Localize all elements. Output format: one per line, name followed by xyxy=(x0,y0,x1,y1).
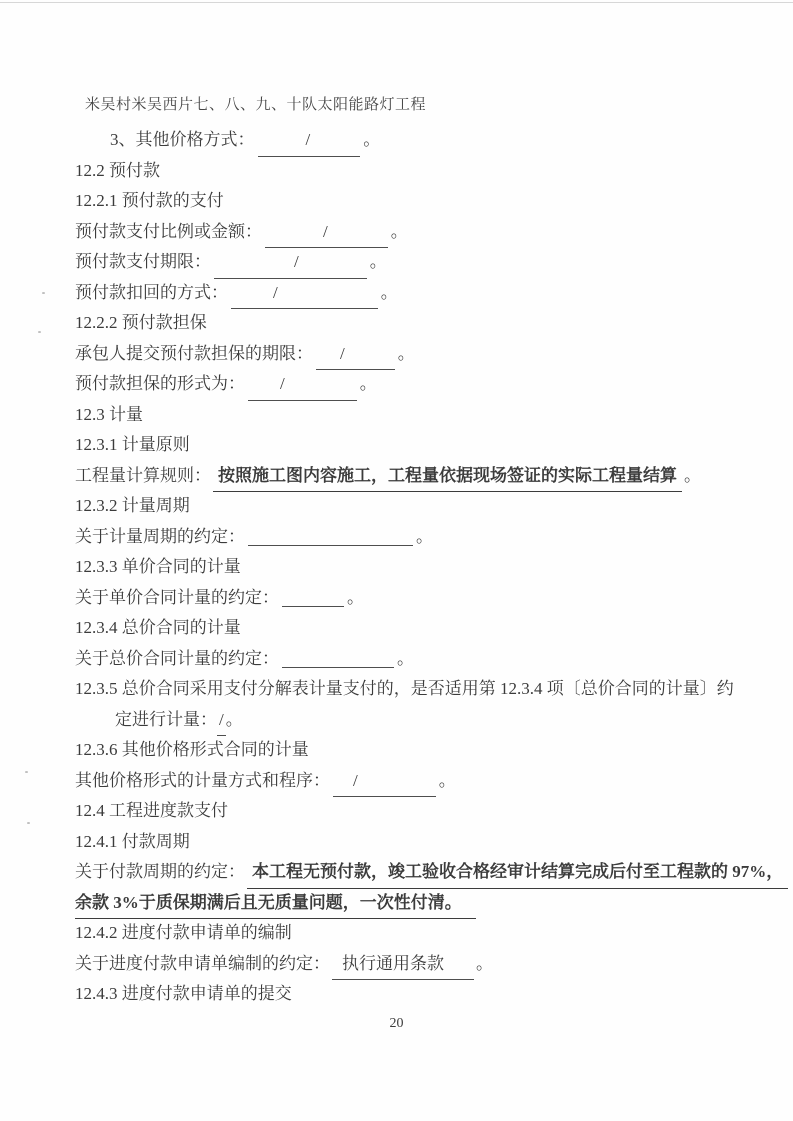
field-pay-cycle-line2: 余款 3%于质保期满后且无质量问题，一次性付清。 xyxy=(75,888,735,919)
heading-12-2-2: 12.2.2 预付款担保 xyxy=(75,308,735,339)
period: 。 xyxy=(381,283,398,302)
field-label: 关于进度付款申请单编制的约定： xyxy=(75,954,330,973)
field-label: 定进行计量： xyxy=(115,710,217,729)
field-label: 关于单价合同计量的约定： xyxy=(75,588,279,607)
period: 。 xyxy=(363,130,380,149)
page-number: 20 xyxy=(0,1016,793,1032)
field-label: 关于总价合同计量的约定： xyxy=(75,649,279,668)
field-label: 关于计量周期的约定： xyxy=(75,527,245,546)
blank-field: / xyxy=(214,247,367,279)
scan-speck xyxy=(25,771,28,773)
field-label: 预付款支付比例或金额： xyxy=(75,222,262,241)
field-lump-sum: 关于总价合同计量的约定：。 xyxy=(75,644,735,675)
blank-field xyxy=(282,589,344,607)
period: 。 xyxy=(360,374,377,393)
period: 。 xyxy=(684,466,701,485)
page-header: 米吴村米吴西片七、八、九、十队太阳能路灯工程 xyxy=(85,93,426,114)
period: 。 xyxy=(347,588,364,607)
field-label: 关于付款周期的约定： xyxy=(75,862,245,881)
blank-field xyxy=(248,528,413,546)
field-prepay-ratio: 预付款支付比例或金额：/。 xyxy=(75,217,735,248)
field-other-form: 其他价格形式的计量方式和程序：/。 xyxy=(75,766,735,797)
field-guarantee-term: 承包人提交预付款担保的期限：/。 xyxy=(75,339,735,370)
clause-12-3-5-line1: 12.3.5 总价合同采用支付分解表计量支付的，是否适用第 12.3.4 项〔总… xyxy=(75,674,735,705)
period: 。 xyxy=(370,252,387,271)
clause-12-3-5-line2: 定进行计量：/。 xyxy=(75,705,735,736)
heading-12-3-1: 12.3.1 计量原则 xyxy=(75,430,735,461)
filled-value: 本工程无预付款，竣工验收合格经审计结算完成后付至工程款的 97%， xyxy=(247,857,788,889)
heading-12-3-2: 12.3.2 计量周期 xyxy=(75,491,735,522)
field-prepay-refund: 预付款扣回的方式：/。 xyxy=(75,278,735,309)
blank-field: / xyxy=(333,766,436,798)
heading-12-2-1: 12.2.1 预付款的支付 xyxy=(75,186,735,217)
filled-value: 按照施工图内容施工，工程量依据现场签证的实际工程量结算 xyxy=(213,461,682,493)
heading-12-3: 12.3 计量 xyxy=(75,400,735,431)
period: 。 xyxy=(476,954,493,973)
period: 。 xyxy=(398,344,415,363)
heading-12-2: 12.2 预付款 xyxy=(75,156,735,187)
period: 。 xyxy=(397,649,414,668)
field-prepay-term: 预付款支付期限：/。 xyxy=(75,247,735,278)
period: 。 xyxy=(439,771,456,790)
blank-field xyxy=(282,650,394,668)
contract-body: 3、其他价格方式：/。 12.2 预付款 12.2.1 预付款的支付 预付款支付… xyxy=(75,125,735,1010)
blank-field: / xyxy=(248,369,357,401)
heading-12-4-3: 12.4.3 进度付款申请单的提交 xyxy=(75,979,735,1010)
field-label: 3、其他价格方式： xyxy=(110,130,255,149)
field-label: 预付款扣回的方式： xyxy=(75,283,228,302)
field-guarantee-form: 预付款担保的形式为：/。 xyxy=(75,369,735,400)
field-measure-cycle: 关于计量周期的约定：。 xyxy=(75,522,735,553)
field-pay-cycle-line1: 关于付款周期的约定：本工程无预付款，竣工验收合格经审计结算完成后付至工程款的 9… xyxy=(75,857,735,888)
scan-speck xyxy=(42,292,45,294)
heading-12-4-2: 12.4.2 进度付款申请单的编制 xyxy=(75,918,735,949)
filled-value: 执行通用条款 xyxy=(332,949,474,981)
period: 。 xyxy=(226,710,243,729)
field-label: 其他价格形式的计量方式和程序： xyxy=(75,771,330,790)
scan-edge-line xyxy=(0,2,793,3)
heading-12-3-3: 12.3.3 单价合同的计量 xyxy=(75,552,735,583)
field-label: 预付款担保的形式为： xyxy=(75,374,245,393)
period: 。 xyxy=(391,222,408,241)
field-calc-rule: 工程量计算规则：按照施工图内容施工，工程量依据现场签证的实际工程量结算。 xyxy=(75,461,735,492)
field-label: 承包人提交预付款担保的期限： xyxy=(75,344,313,363)
scanned-contract-page: 米吴村米吴西片七、八、九、十队太阳能路灯工程 3、其他价格方式：/。 12.2 … xyxy=(0,0,793,1121)
filled-value: 余款 3%于质保期满后且无质量问题，一次性付清。 xyxy=(75,888,476,920)
heading-12-4-1: 12.4.1 付款周期 xyxy=(75,827,735,858)
period: 。 xyxy=(416,527,433,546)
scan-speck xyxy=(27,822,30,824)
scan-speck xyxy=(38,331,41,333)
field-label: 工程量计算规则： xyxy=(75,466,211,485)
filled-slash: / xyxy=(217,705,226,737)
field-app-prep: 关于进度付款申请单编制的约定：执行通用条款。 xyxy=(75,949,735,980)
blank-field: / xyxy=(258,125,361,157)
blank-field: / xyxy=(231,278,378,310)
heading-12-3-6: 12.3.6 其他价格形式合同的计量 xyxy=(75,735,735,766)
heading-12-4: 12.4 工程进度款支付 xyxy=(75,796,735,827)
clause-3-other-price: 3、其他价格方式：/。 xyxy=(75,125,735,156)
heading-12-3-4: 12.3.4 总价合同的计量 xyxy=(75,613,735,644)
blank-field: / xyxy=(316,339,395,371)
blank-field: / xyxy=(265,217,388,249)
field-unit-price: 关于单价合同计量的约定：。 xyxy=(75,583,735,614)
field-label: 预付款支付期限： xyxy=(75,252,211,271)
